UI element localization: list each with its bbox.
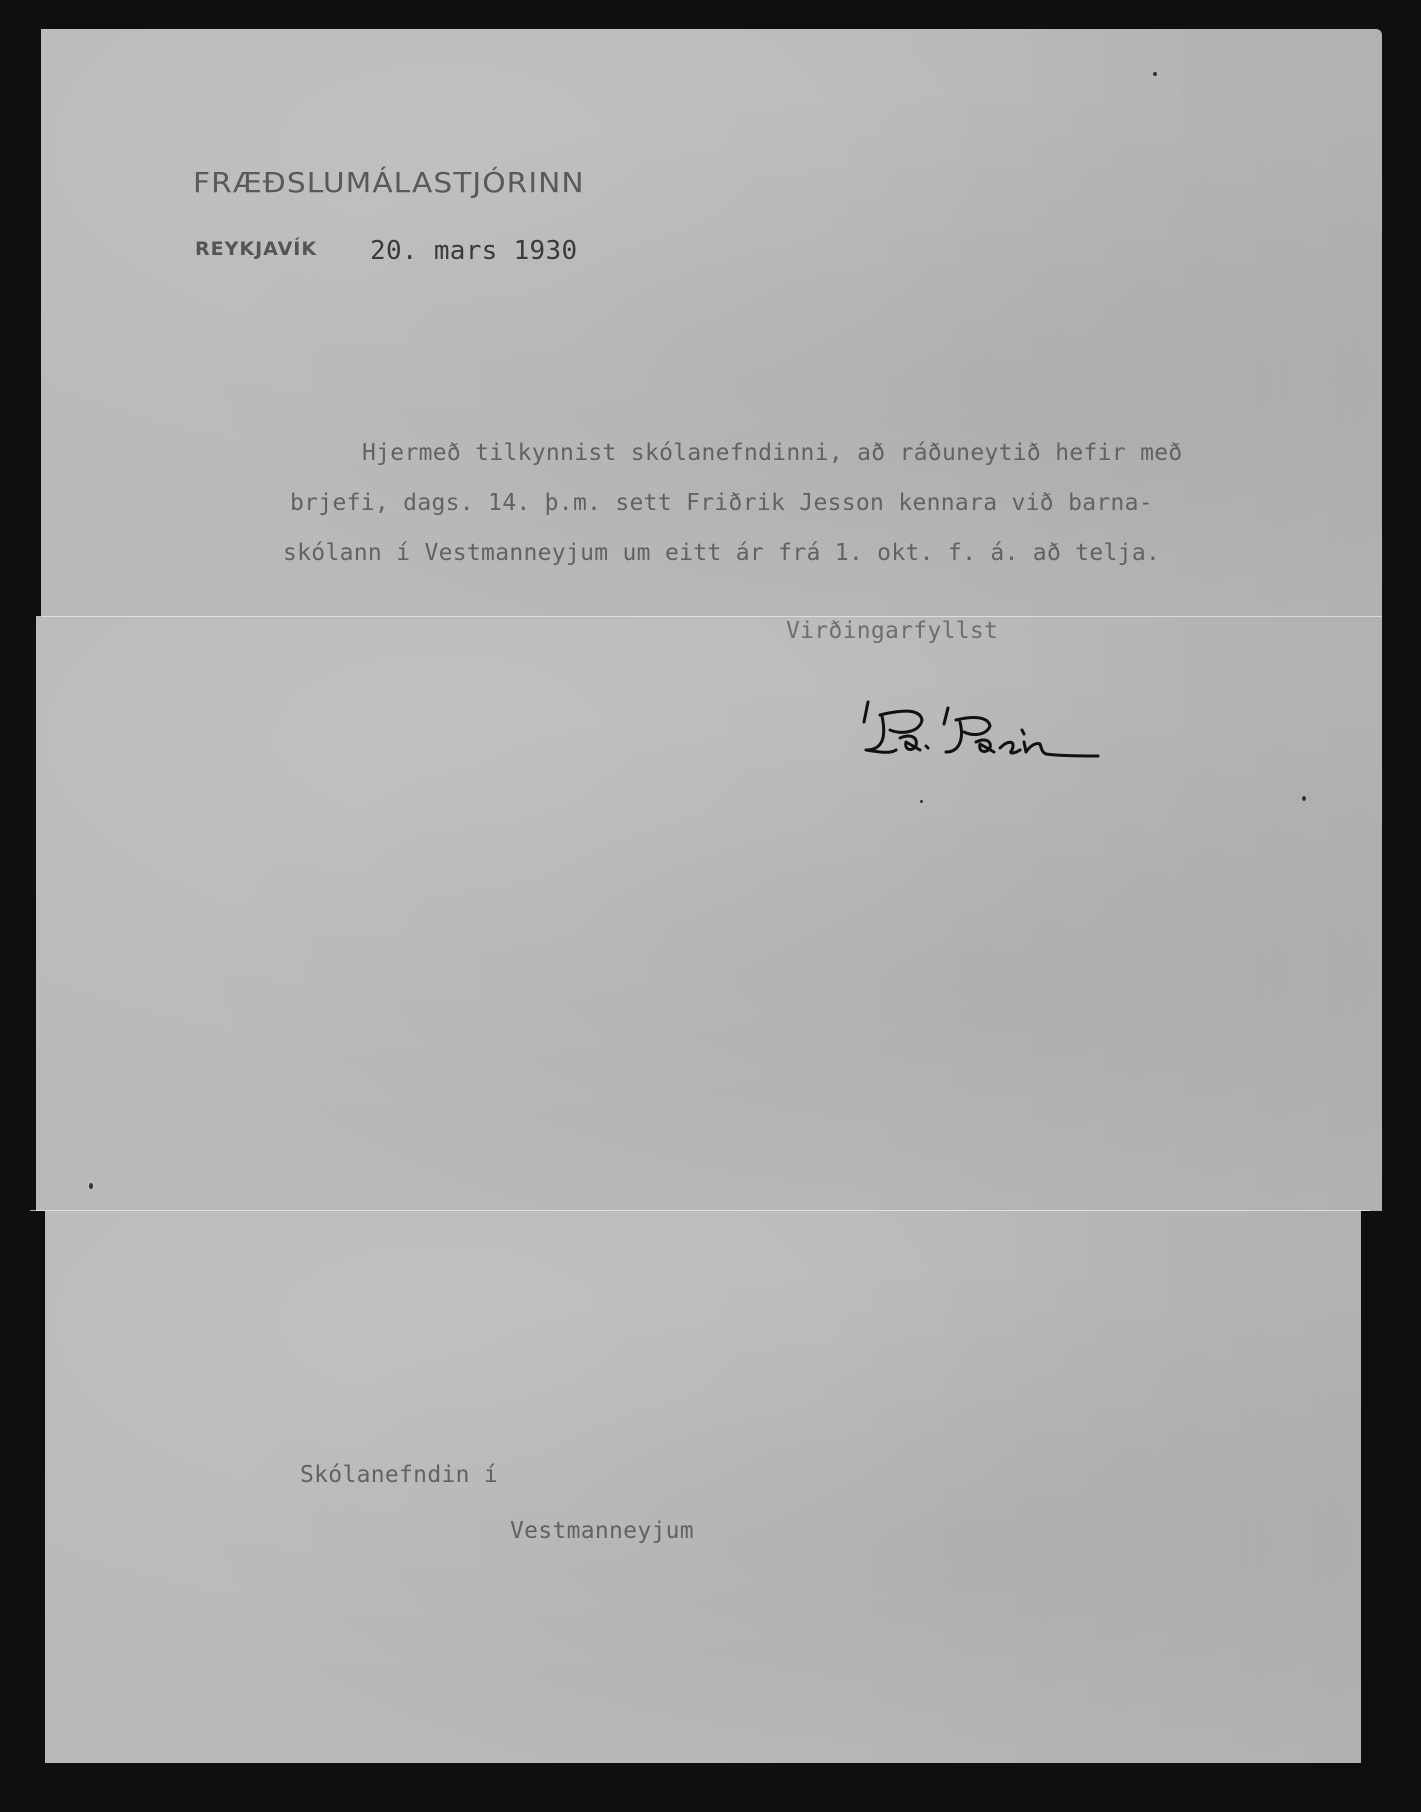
recipient-name: Skólanefndin í [300, 1462, 498, 1488]
letter-date: 20. mars 1930 [370, 236, 577, 266]
paper-speck [89, 1183, 93, 1189]
fold-crease-upper [36, 616, 1382, 617]
paper-speck [920, 800, 923, 803]
closing-salutation: Virðingarfyllst [786, 618, 998, 644]
paper-middle-panel [36, 617, 1382, 1211]
letterhead-organization: FRÆÐSLUMÁLASTJÓRINN [193, 166, 585, 199]
paper-bottom-panel [45, 1211, 1361, 1763]
paper-speck [1302, 796, 1306, 801]
paper-speck [1153, 72, 1157, 76]
body-text-line: skólann í Vestmanneyjum um eitt ár frá 1… [283, 540, 1160, 566]
fold-crease-lower [30, 1210, 1370, 1211]
body-text-line: brjefi, dags. 14. þ.m. sett Friðrik Jess… [290, 490, 1153, 516]
letterhead-city: REYKJAVÍK [195, 238, 317, 260]
signature-icon [860, 680, 1110, 780]
body-text-line: Hjermeð tilkynnist skólanefndinni, að rá… [362, 440, 1183, 466]
recipient-location: Vestmanneyjum [510, 1518, 694, 1544]
paper-top-panel [41, 29, 1382, 617]
